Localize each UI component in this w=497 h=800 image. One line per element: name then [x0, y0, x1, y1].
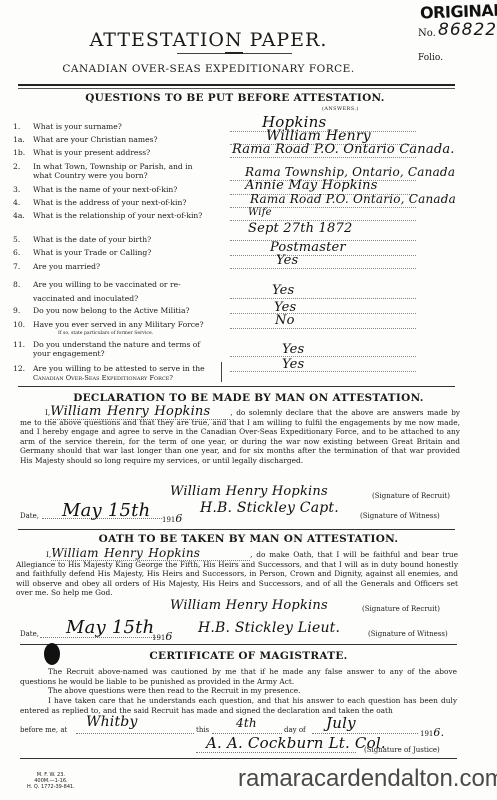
- answer-line-11: [230, 356, 416, 357]
- question-12: 12.Are you willing to be attested to ser…: [13, 364, 205, 383]
- oath-recruit-signature-label: (Signature of Recruit): [362, 605, 440, 613]
- document-subtitle: CANADIAN OVER-SEAS EXPEDITIONARY FORCE.: [0, 63, 417, 75]
- certificate-year: 1916.: [420, 726, 444, 739]
- certificate-para-2: The above questions were then read to th…: [48, 686, 301, 696]
- question-2: 2.In what Town, Township or Parish, and …: [13, 162, 192, 180]
- certificate-para-3: I have taken care that he understands ea…: [20, 696, 457, 715]
- answer-line-9: [230, 313, 416, 314]
- declaration-recruit-signature: William Henry Hopkins: [170, 484, 328, 499]
- place-line: [76, 733, 194, 734]
- answer-relationship: Wife: [248, 207, 272, 218]
- certificate-place: Whitby: [86, 714, 138, 730]
- answer-next-of-kin: Annie May Hopkins: [245, 178, 378, 193]
- certificate-month: July: [326, 714, 356, 732]
- question-1b: 1b.What is your present address?: [13, 148, 150, 157]
- before-me-label: before me, at: [20, 726, 67, 734]
- questions-heading: QUESTIONS TO BE PUT BEFORE ATTESTATION.: [0, 92, 470, 104]
- question-11: 11.Do you understand the nature and term…: [13, 340, 200, 358]
- header-rule-thick: [18, 84, 455, 86]
- header-rule-thin: [18, 88, 455, 89]
- answer-married: Yes: [276, 253, 298, 268]
- answer-line-8: [230, 298, 416, 299]
- certificate-bottom-rule: [20, 758, 457, 759]
- oath-recruit-signature: William Henry Hopkins: [170, 598, 328, 613]
- justice-signature-label: (Signature of Justice): [364, 746, 440, 754]
- answer-line-1b: [230, 157, 416, 158]
- serial-number-value: 868223: [438, 20, 497, 40]
- answer-vaccinated: Yes: [272, 283, 294, 298]
- folio-label: Folio.: [418, 53, 443, 63]
- justice-signature-line: [196, 752, 356, 753]
- oath-witness-signature-label: (Signature of Witness): [368, 630, 448, 638]
- answer-line-10: [230, 328, 416, 329]
- website-watermark: ramaracardendalton.com: [238, 765, 497, 793]
- question-5: 5.What is the date of your birth?: [13, 235, 151, 244]
- question-6: 6.What is your Trade or Calling?: [13, 248, 151, 257]
- question-10: 10.Have you ever served in any Military …: [13, 320, 204, 329]
- oath-heading: OATH TO BE TAKEN BY MAN ON ATTESTATION.: [0, 533, 497, 545]
- question-12-bracket: [221, 362, 222, 382]
- declaration-date: May 15th: [62, 500, 150, 521]
- answer-military-force: No: [275, 313, 295, 328]
- declaration-witness-signature-label: (Signature of Witness): [360, 512, 440, 520]
- oath-year: 1916: [152, 630, 173, 643]
- oath-date-label: Date,: [20, 630, 39, 638]
- document-title: ATTESTATION PAPER.: [0, 29, 417, 51]
- this-label: this: [196, 726, 209, 734]
- answer-present-address: Rama Road P.O. Ontario Canada.: [232, 142, 455, 157]
- question-3: 3.What is the name of your next-of-kin?: [13, 185, 177, 194]
- question-4a: 4a.What is the relationship of your next…: [13, 211, 202, 220]
- answers-column-label: (ANSWERS.): [322, 106, 359, 112]
- question-9: 9.Do you now belong to the Active Militi…: [13, 306, 190, 315]
- question-1: 1.What is your surname?: [13, 122, 122, 131]
- oath-text: I,William Henry Hopkins, do make Oath, t…: [16, 549, 458, 598]
- question-1a: 1a.What are your Christian names?: [13, 135, 158, 144]
- answer-birth-date: Sept 27th 1872: [248, 221, 352, 236]
- answer-willing-to-serve: Yes: [282, 357, 304, 372]
- declaration-recruit-signature-label: (Signature of Recruit): [372, 492, 450, 500]
- answer-line-12: [230, 371, 416, 372]
- title-divider-accent: [225, 52, 243, 54]
- form-code: M. F. W. 23. 400M.—1-16. H. Q. 1772-39-8…: [27, 772, 75, 790]
- oath-bottom-rule: [20, 644, 457, 645]
- day-of-label: day of: [284, 726, 306, 734]
- declaration-text: I,William Henry Hopkins, do solemnly dec…: [20, 407, 460, 466]
- declaration-bottom-rule: [18, 529, 455, 530]
- question-8: 8.Are you willing to be vaccinated or re…: [13, 278, 181, 306]
- questions-bottom-rule: [18, 386, 455, 387]
- oath-witness-signature: H.B. Stickley Lieut.: [198, 620, 340, 636]
- certificate-day: 4th: [236, 716, 257, 730]
- answer-birthplace: Rama Township, Ontario, Canada: [245, 165, 455, 179]
- answer-line-7: [230, 268, 416, 269]
- oath-date: May 15th: [66, 617, 154, 638]
- declaration-heading: DECLARATION TO BE MADE BY MAN ON ATTESTA…: [0, 392, 497, 404]
- declaration-date-label: Date,: [20, 512, 39, 520]
- question-4: 4.What is the address of your next-of-ki…: [13, 198, 186, 207]
- answer-line-6: [230, 255, 416, 256]
- certificate-para-1: The Recruit above-named was cautioned by…: [20, 667, 457, 686]
- certificate-heading: CERTIFICATE OF MAGISTRATE.: [0, 650, 497, 662]
- justice-signature: A. A. Cockburn Lt. Col.: [206, 734, 386, 752]
- answer-understand-terms: Yes: [282, 342, 304, 357]
- question-7: 7.Are you married?: [13, 262, 100, 271]
- declaration-witness-signature: H.B. Stickley Capt.: [200, 500, 339, 516]
- serial-number-label: No.: [418, 28, 436, 39]
- answer-next-of-kin-address: Rama Road P.O. Ontario, Canada: [250, 192, 456, 206]
- question-10-note: If so, state particulars of former Servi…: [58, 331, 153, 336]
- declaration-year: 1916: [162, 512, 183, 525]
